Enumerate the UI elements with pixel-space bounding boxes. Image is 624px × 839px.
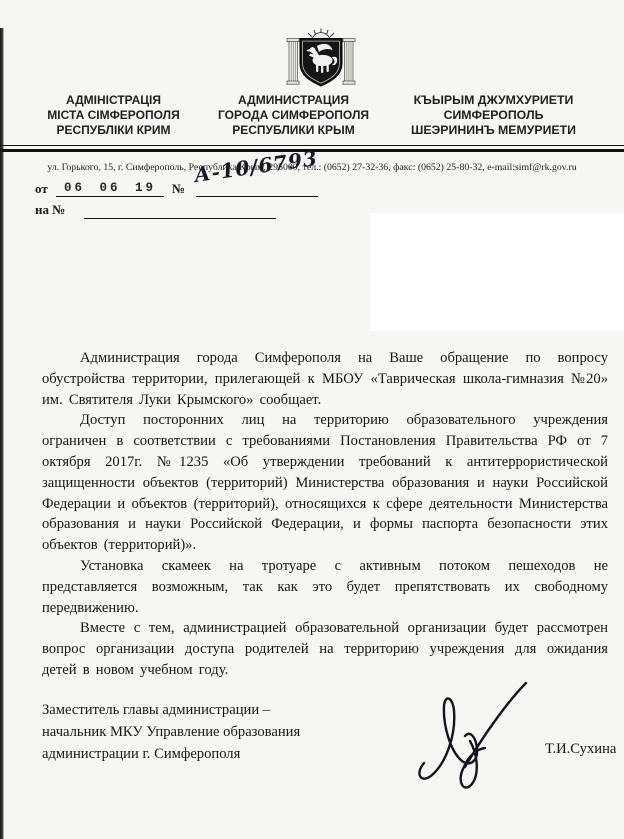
paragraph-1: Администрация города Симферополя на Ваше… — [42, 348, 608, 410]
reply-underline — [84, 218, 276, 219]
date-stamp: 06 06 19 — [64, 181, 156, 195]
date-underline — [56, 196, 164, 197]
org-uk-line1: АДМІНІСТРАЦІЯ — [26, 93, 201, 108]
signer-position-line1: Заместитель главы администрации – — [42, 699, 372, 721]
reply-to-label: на № — [35, 202, 65, 218]
left-column — [287, 39, 299, 85]
org-uk-line2: МІСТА СІМФЕРОПОЛЯ — [26, 108, 201, 123]
crimea-coat-of-arms-icon — [286, 27, 356, 90]
signer-position-block: Заместитель главы администрации – началь… — [42, 699, 372, 765]
signer-position-line3: администрации г. Симферополя — [42, 743, 372, 765]
org-ru-line1: АДМИНИСТРАЦИЯ — [201, 93, 386, 108]
org-ru-line2: ГОРОДА СИМФЕРОПОЛЯ — [201, 108, 386, 123]
signer-name: Т.И.Сухина — [545, 741, 616, 758]
paragraph-4: Вместе с тем, администрацией образовател… — [42, 618, 608, 680]
from-date-label: от — [35, 181, 48, 197]
letterhead: АДМІНІСТРАЦІЯ МІСТА СІМФЕРОПОЛЯ РЕСПУБЛІ… — [0, 93, 624, 138]
signature-autograph — [408, 676, 548, 802]
scanned-official-letter: АДМІНІСТРАЦІЯ МІСТА СІМФЕРОПОЛЯ РЕСПУБЛІ… — [0, 0, 624, 839]
org-crh-line3: ШЕЭРИНИНЪ МЕМУРИЕТИ — [386, 123, 601, 138]
signer-position-line2: начальник МКУ Управление образования — [42, 721, 372, 743]
org-ru-line3: РЕСПУБЛИКИ КРЫМ — [201, 123, 386, 138]
number-sign-label: № — [172, 181, 185, 197]
org-name-russian: АДМИНИСТРАЦИЯ ГОРОДА СИМФЕРОПОЛЯ РЕСПУБЛ… — [201, 93, 386, 138]
org-uk-line3: РЕСПУБЛІКИ КРИМ — [26, 123, 201, 138]
paragraph-2: Доступ посторонних лиц на территорию обр… — [42, 410, 608, 556]
org-crh-line2: СИМФЕРОПОЛЬ — [386, 108, 601, 123]
paragraph-3: Установка скамеек на тротуаре с активным… — [42, 556, 608, 618]
letter-body: Администрация города Симферополя на Ваше… — [42, 348, 608, 681]
org-crh-line1: КЪЫРЫМ ДЖУМХУРИЕТИ — [386, 93, 601, 108]
scan-light-patch — [370, 213, 624, 331]
org-name-crimean-tatar: КЪЫРЫМ ДЖУМХУРИЕТИ СИМФЕРОПОЛЬ ШЕЭРИНИНЪ… — [386, 93, 601, 138]
org-name-ukrainian: АДМІНІСТРАЦІЯ МІСТА СІМФЕРОПОЛЯ РЕСПУБЛІ… — [26, 93, 201, 138]
right-column — [343, 39, 355, 85]
number-underline — [196, 196, 318, 197]
